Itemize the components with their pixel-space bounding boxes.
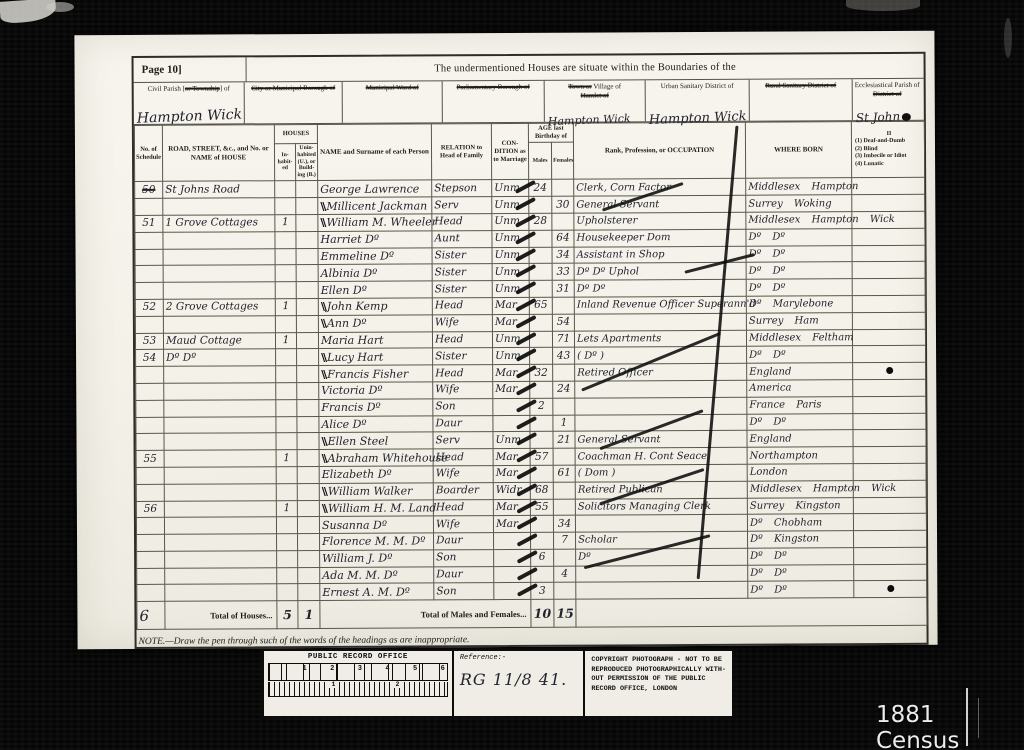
condition-cell: Unm: [492, 180, 529, 197]
urban-sanitary-box: Urban Sanitary District of Hampton Wick: [646, 80, 750, 122]
reference-value: RG 11/8 41.: [460, 670, 578, 689]
film-speck: [46, 2, 74, 12]
birthplace-cell: Middlesex Hampton: [746, 178, 852, 195]
age-female-cell: 61: [553, 465, 575, 482]
uninhabited-cell: [296, 332, 318, 349]
schedule-cell: [135, 282, 163, 299]
relation-cell: Head: [432, 298, 492, 315]
ruler-number: 2: [394, 681, 402, 688]
name-cell: Francis Dº: [319, 399, 433, 416]
birthplace-cell: France Paris: [747, 396, 853, 413]
birthplace-cell: Dº Dº: [747, 346, 853, 363]
uninhabited-cell: [296, 231, 318, 248]
age-female-cell: 4: [554, 566, 576, 583]
ruler-number: 2: [309, 664, 337, 680]
relation-cell: Son: [433, 398, 493, 415]
col-inhabited-header: In-habit-ed: [274, 143, 295, 181]
uninhabited-cell: [297, 517, 319, 534]
infirmity-cell: [852, 295, 925, 312]
address-cell: [163, 282, 275, 299]
col-road-header: ROAD, STREET, &c., and No. or NAME of HO…: [162, 125, 274, 182]
total-males-value: 10: [531, 600, 554, 628]
census-page: Page 10] The undermentioned Houses are s…: [74, 31, 937, 649]
infirmity-cell: [852, 194, 925, 211]
name-cell: Elizabeth Dº: [319, 466, 433, 483]
inhabited-cell: [275, 198, 296, 215]
condition-cell: Mar: [493, 448, 530, 465]
film-speck: [846, 0, 920, 11]
uninhabited-cell: [298, 534, 320, 551]
birthplace-cell: Dº Dº: [748, 581, 854, 598]
column-headers: No. of Schedule ROAD, STREET, &c., and N…: [134, 121, 924, 181]
condition-cell: Mar: [493, 465, 530, 482]
col-born-header: WHERE BORN: [745, 122, 851, 179]
page-number-box: Page 10]: [134, 57, 247, 82]
col-houses-header: HOUSES: [274, 124, 317, 143]
name-cell: \\Lucy Hart: [319, 348, 433, 365]
age-female-cell: [553, 499, 575, 516]
condition-cell: Unm: [492, 230, 529, 247]
schedule-cell: [136, 417, 164, 434]
name-cell: Susanna Dº: [319, 516, 433, 533]
relation-cell: Sister: [433, 348, 493, 365]
total-uninhabited-value: 1: [298, 601, 320, 629]
name-cell: \\Ann Dº: [318, 315, 432, 332]
occupation-cell: [576, 565, 748, 583]
birthplace-cell: Dº Marylebone: [746, 296, 852, 313]
uninhabited-cell: [297, 500, 319, 517]
condition-cell: Unm: [493, 432, 530, 449]
condition-cell: Mar: [493, 499, 530, 516]
copyright-line: REPRODUCED PHOTOGRAPHICALLY WITH-: [591, 666, 726, 676]
infirmity-cell: [853, 446, 926, 463]
inhabited-cell: 1: [275, 332, 296, 349]
condition-cell: [494, 566, 531, 583]
name-cell: William J. Dº: [320, 550, 434, 567]
uninhabited-cell: [296, 214, 318, 231]
rural-sanitary-box: Rural Sanitary District of: [750, 79, 853, 121]
inhabited-cell: [275, 282, 296, 299]
stamp-office-name: PUBLIC RECORD OFFICE: [268, 653, 448, 661]
struck-text: Municipal Ward of: [366, 83, 419, 91]
inhabited-cell: [275, 265, 296, 282]
schedule-cell: [135, 316, 163, 333]
condition-cell: Mar: [493, 516, 530, 533]
infirmity-cell: [854, 530, 927, 547]
ecclesiastical-value-text: St John: [856, 109, 901, 125]
occupation-cell: [575, 414, 747, 432]
col-uninhabited-header: Unin-habited (U.), or Build-ing (B.): [295, 143, 317, 181]
schedule-cell: [136, 518, 164, 535]
civil-parish-label-post: ] of: [220, 84, 230, 92]
household-mark: \\: [322, 485, 326, 498]
address-cell: [164, 500, 276, 517]
inhabited-cell: [277, 567, 298, 584]
age-female-cell: [552, 213, 574, 230]
infirmity-cell: [854, 564, 927, 581]
infirmity-cell: [853, 379, 926, 396]
col-occupation-header: Rank, Profession, or OCCUPATION: [573, 122, 745, 179]
infirmity-item: (4) Lunatic: [855, 161, 923, 169]
infirmity-cell: [852, 278, 925, 295]
copyright-line: COPYRIGHT PHOTOGRAPH - NOT TO BE: [591, 656, 726, 666]
schedule-cell: 55: [136, 450, 164, 467]
relation-cell: Daur: [434, 566, 494, 583]
name-cell: \\Francis Fisher: [319, 365, 433, 382]
struck-text: Parliamentary Borough of: [457, 83, 530, 91]
occupation-cell: Dº Dº Uphol: [574, 263, 746, 281]
address-cell: [164, 383, 276, 400]
uninhabited-cell: [297, 450, 319, 467]
schedule-cell: [135, 198, 163, 215]
occupation-cell: Upholsterer: [574, 212, 746, 230]
birthplace-cell: Dº Dº: [748, 548, 854, 565]
infirmity-cell: [853, 497, 926, 514]
inhabited-cell: 1: [276, 450, 297, 467]
uninhabited-cell: [297, 382, 319, 399]
household-mark: \\: [321, 435, 325, 448]
uninhabited-cell: [296, 282, 318, 299]
struck-text: or Township: [185, 84, 220, 92]
census-rows: 50St Johns RoadGeorge LawrenceStepsonUnm…: [135, 178, 927, 602]
inhabited-cell: [275, 248, 296, 265]
uninhabited-cell: [297, 483, 319, 500]
birthplace-cell: London: [747, 464, 853, 481]
household-mark: \\: [320, 216, 324, 229]
public-record-office-stamp: PUBLIC RECORD OFFICE 1 2 3 4 5 6 1 2 Ref…: [262, 649, 734, 718]
struck-text: Town or: [568, 83, 591, 91]
age-female-cell: [554, 583, 576, 600]
household-mark: \\: [321, 317, 325, 330]
address-cell: [165, 567, 277, 584]
name-cell: \\Millicent Jackman: [318, 197, 432, 214]
schedule-cell: 51: [135, 215, 163, 232]
address-cell: [164, 399, 276, 416]
name-cell: Albinia Dº: [318, 264, 432, 281]
condition-cell: Unm: [492, 331, 529, 348]
civil-parish-value: Hampton Wick: [137, 106, 243, 128]
address-cell: [164, 483, 276, 500]
infirmity-cell: [853, 463, 926, 480]
schedule-cell: 50: [135, 182, 163, 199]
uninhabited-cell: [296, 298, 318, 315]
age-female-cell: 33: [552, 263, 574, 280]
uninhabited-cell: [298, 567, 320, 584]
uninhabited-cell: [296, 181, 318, 198]
schedule-cell: [136, 467, 164, 484]
condition-cell: [494, 532, 531, 549]
relation-cell: Head: [432, 331, 492, 348]
age-female-cell: [553, 448, 575, 465]
address-cell: [163, 248, 275, 265]
schedule-cell: [135, 232, 163, 249]
inhabited-cell: [277, 584, 298, 601]
totals-empty-cell: [576, 598, 927, 628]
relation-cell: Wife: [433, 381, 493, 398]
relation-cell: Head: [433, 449, 493, 466]
age-female-cell: 54: [552, 314, 574, 331]
urban-sanitary-label: Urban Sanitary District of: [661, 82, 734, 90]
address-cell: [164, 433, 276, 450]
age-female-cell: [553, 398, 575, 415]
relation-cell: Sister: [432, 247, 492, 264]
struck-text: Rural Sanitary District of: [765, 81, 836, 89]
birthplace-cell: England: [747, 363, 853, 380]
ink-dot: [887, 585, 894, 592]
birthplace-cell: Surrey Ham: [746, 312, 852, 329]
household-mark: \\: [321, 351, 325, 364]
address-cell: [165, 534, 277, 551]
relation-cell: Daur: [434, 533, 494, 550]
name-cell: Ellen Dº: [318, 281, 432, 298]
name-cell: George Lawrence: [318, 180, 432, 197]
parish-header-band: Civil Parish [or Township] of Hampton Wi…: [134, 79, 924, 125]
age-female-cell: [553, 364, 575, 381]
relation-cell: Boarder: [433, 482, 493, 499]
birthplace-cell: England: [747, 430, 853, 447]
relation-cell: Son: [434, 583, 494, 600]
inhabited-cell: 1: [276, 500, 297, 517]
inhabited-cell: [276, 483, 297, 500]
name-cell: \\Abraham Whitehouse: [319, 449, 433, 466]
birthplace-cell: Surrey Woking: [746, 195, 852, 212]
age-female-cell: 64: [552, 230, 574, 247]
birthplace-cell: Dº Dº: [748, 564, 854, 581]
address-cell: [164, 467, 276, 484]
address-cell: St Johns Road: [163, 181, 275, 198]
infirmity-cell: [852, 262, 925, 279]
condition-cell: Unm: [492, 247, 529, 264]
page-number: Page 10]: [134, 64, 182, 76]
birthplace-cell: Dº Kingston: [748, 531, 854, 548]
film-speck: [1004, 18, 1012, 58]
address-cell: 2 Grove Cottages: [163, 299, 275, 316]
birthplace-cell: Dº Dº: [746, 245, 852, 262]
inhabited-cell: [275, 315, 296, 332]
struck-text: City or Municipal Borough of: [251, 84, 335, 92]
birthplace-cell: Dº Dº: [746, 262, 852, 279]
ruler-fine: 1 2: [268, 682, 448, 697]
age-female-cell: 31: [552, 280, 574, 297]
relation-cell: Wife: [432, 314, 492, 331]
col-schedule-header: No. of Schedule: [134, 125, 162, 182]
infirmity-cell: [853, 413, 926, 430]
condition-cell: [494, 549, 531, 566]
occupation-cell: Housekeeper Dom: [574, 229, 746, 247]
village-label: Village of: [592, 82, 621, 90]
infirmity-cell: [852, 178, 925, 195]
address-cell: [163, 265, 275, 282]
infirmity-cell: [852, 228, 925, 245]
form-title: The undermentioned Houses are situate wi…: [434, 61, 736, 74]
name-cell: \\Ellen Steel: [319, 432, 433, 449]
infirmity-cell: [853, 396, 926, 413]
age-female-cell: [553, 482, 575, 499]
occupation-cell: General Servant: [574, 195, 746, 213]
household-mark: \\: [321, 367, 325, 380]
col-condition-header: CON-DITION as to Marriage: [491, 123, 528, 180]
address-cell: [163, 198, 275, 215]
infirmity-cell: [852, 245, 925, 262]
reference-label: Reference:-: [460, 654, 578, 662]
ruler-lead: [269, 664, 281, 680]
age-female-cell: 24: [553, 381, 575, 398]
infirmity-cell: [853, 430, 926, 447]
household-mark: \\: [321, 300, 325, 313]
total-houses-value: 5: [277, 601, 298, 629]
name-cell: \\William M. Wheeler: [318, 214, 432, 231]
address-cell: [164, 450, 276, 467]
schedule-cell: [136, 434, 164, 451]
ink-dot: [886, 366, 893, 373]
condition-cell: Unm: [492, 264, 529, 281]
name-cell: Maria Hart: [318, 331, 432, 348]
address-cell: [164, 416, 276, 433]
ruler-number: 6: [419, 664, 447, 680]
address-cell: [164, 517, 276, 534]
col-infirmity-header: II (1) Deaf-and-Dumb (2) Blind (3) Imbec…: [851, 121, 924, 178]
occupation-cell: Clerk, Corn Factor: [574, 179, 746, 197]
uninhabited-cell: [297, 366, 319, 383]
name-cell: \\John Kemp: [318, 298, 432, 315]
census-watermark: 1881 Census: [876, 702, 1024, 750]
age-female-cell: 43: [553, 347, 575, 364]
civil-parish-box: Civil Parish [or Township] of Hampton Wi…: [134, 82, 245, 124]
age-female-cell: 34: [553, 515, 575, 532]
condition-cell: Unm: [492, 281, 529, 298]
schedule-cell: [137, 534, 165, 551]
ink-blot: [902, 112, 911, 120]
condition-cell: Unm: [493, 348, 530, 365]
schedule-cell: [136, 400, 164, 417]
schedule-cell: [135, 249, 163, 266]
age-female-cell: [552, 297, 574, 314]
infirmity-cell: [853, 514, 926, 531]
inhabited-cell: [276, 366, 297, 383]
infirmity-cell: [853, 362, 926, 379]
total-males-females-label: Total of Males and Females...: [320, 600, 531, 629]
uninhabited-cell: [298, 550, 320, 567]
schedule-cell: 56: [136, 501, 164, 518]
uninhabited-cell: [296, 265, 318, 282]
parliamentary-borough-box: Parliamentary Borough of: [443, 81, 545, 123]
schedule-cell: [136, 484, 164, 501]
age-female-cell: [554, 549, 576, 566]
condition-cell: Unm: [492, 213, 529, 230]
ruler-number: 1: [329, 681, 337, 688]
inhabited-cell: [276, 399, 297, 416]
relation-cell: Sister: [432, 264, 492, 281]
birthplace-cell: Middlesex Hampton Wick: [746, 212, 852, 229]
uninhabited-cell: [297, 399, 319, 416]
uninhabited-cell: [298, 584, 320, 601]
struck-text: District of: [873, 90, 902, 98]
birthplace-cell: Middlesex Feltham: [746, 329, 852, 346]
address-cell: Dº Dº: [164, 349, 276, 366]
struck-text: Hamlet of: [581, 91, 609, 99]
ruler-number: 3: [336, 664, 364, 680]
name-cell: Victoria Dº: [319, 382, 433, 399]
totals-row: 6 Total of Houses... 5 1 Total of Males …: [137, 598, 927, 630]
condition-cell: Mar: [492, 314, 529, 331]
col-females-header: Females: [551, 142, 573, 180]
name-cell: Ernest A. M. Dº: [320, 583, 434, 600]
inhabited-cell: [275, 181, 296, 198]
relation-cell: Head: [433, 499, 493, 516]
stamp-reference-section: Reference:- RG 11/8 41.: [454, 651, 586, 716]
inhabited-cell: 1: [275, 299, 296, 316]
condition-cell: Mar: [492, 297, 529, 314]
ruler-number: 5: [392, 664, 420, 680]
age-female-cell: 71: [552, 331, 574, 348]
schedule-cell: [136, 366, 164, 383]
relation-cell: Wife: [433, 516, 493, 533]
infirmity-cell: [854, 581, 927, 598]
col-relation-header: RELATION to Head of Family: [431, 124, 491, 181]
birthplace-cell: Dº Chobham: [747, 514, 853, 531]
occupation-cell: [575, 397, 747, 415]
uninhabited-cell: [297, 349, 319, 366]
condition-cell: [493, 415, 530, 432]
borough-box: City or Municipal Borough of: [245, 82, 343, 124]
ruler-number: 1: [281, 664, 309, 680]
uninhabited-cell: [296, 315, 318, 332]
relation-cell: Head: [432, 214, 492, 231]
name-cell: \\William Walker: [319, 483, 433, 500]
stamp-copyright-section: COPYRIGHT PHOTOGRAPH - NOT TO BE REPRODU…: [585, 651, 732, 716]
inhabited-cell: [276, 433, 297, 450]
address-cell: Maud Cottage: [163, 332, 275, 349]
name-cell: Florence M. M. Dº: [320, 533, 434, 550]
stamp-ruler-section: PUBLIC RECORD OFFICE 1 2 3 4 5 6 1 2: [264, 651, 454, 716]
address-cell: [163, 231, 275, 248]
uninhabited-cell: [297, 433, 319, 450]
ecclesiastical-label: Ecclesiastical Parish of: [855, 81, 920, 89]
relation-cell: Serv: [433, 432, 493, 449]
relation-cell: Aunt: [432, 230, 492, 247]
inhabited-cell: [277, 534, 298, 551]
inhabited-cell: [277, 550, 298, 567]
birthplace-cell: Dº Dº: [747, 413, 853, 430]
birthplace-cell: Surrey Kingston: [747, 497, 853, 514]
name-cell: Harriet Dº: [318, 231, 432, 248]
condition-cell: [494, 583, 531, 600]
schedule-cell: 53: [135, 333, 163, 350]
infirmity-cell: [852, 312, 925, 329]
schedule-cell: [135, 266, 163, 283]
relation-cell: Serv: [432, 197, 492, 214]
condition-cell: Mar: [493, 365, 530, 382]
footer-note: NOTE.—Draw the pen through such of the w…: [139, 633, 927, 647]
col-name-header: NAME and Surname of each Person: [317, 124, 431, 181]
occupation-cell: Solicitors Managing Clerk: [575, 498, 747, 516]
name-cell: Ada M. M. Dº: [320, 567, 434, 584]
condition-cell: [493, 398, 530, 415]
birthplace-cell: America: [747, 380, 853, 397]
relation-cell: Sister: [432, 281, 492, 298]
condition-cell: Mar: [493, 381, 530, 398]
copyright-line: OUT PERMISSION OF THE PUBLIC: [591, 675, 726, 685]
ecclesiastical-parish-box: Ecclesiastical Parish of District of St …: [853, 79, 922, 120]
name-cell: Emmeline Dº: [318, 247, 432, 264]
name-cell: \\William H. M. Land: [319, 499, 433, 516]
total-houses-label: Total of Houses...: [165, 601, 277, 630]
inhabited-cell: [276, 416, 297, 433]
occupation-cell: [576, 582, 748, 600]
condition-cell: Widr: [493, 482, 530, 499]
infirmity-cell: [853, 346, 926, 363]
uninhabited-cell: [297, 466, 319, 483]
